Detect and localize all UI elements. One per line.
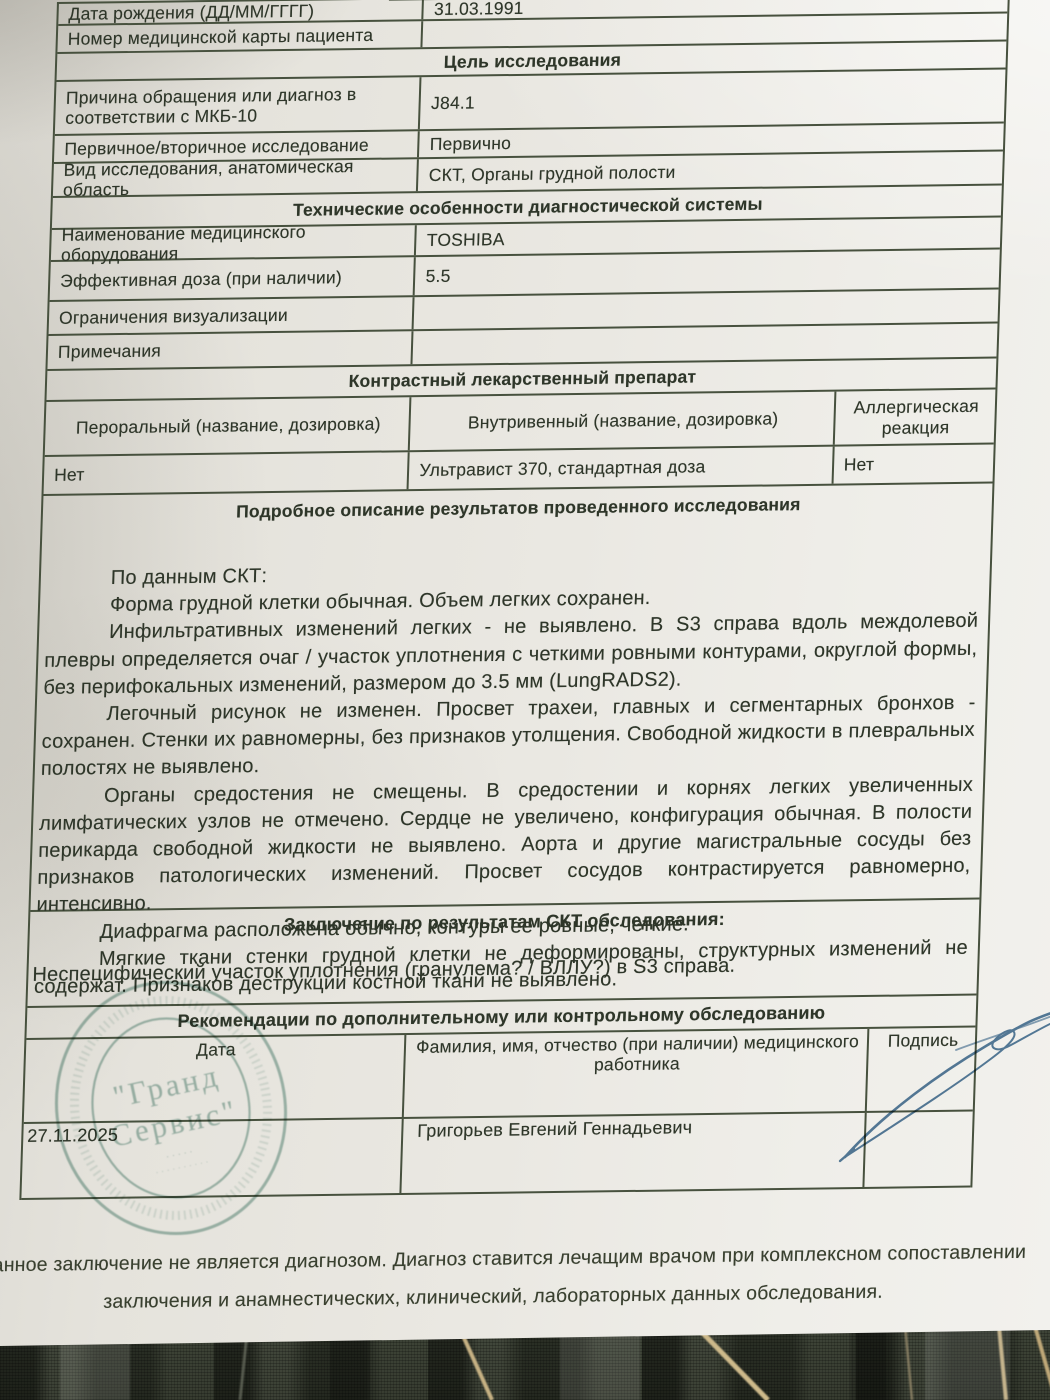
description-paragraph: Органы средостения не смещены. В средост… (36, 771, 973, 919)
main-table: Дата рождения (ДД/ММ/ГГГГ)31.03.1991Номе… (19, 0, 1010, 1200)
printed-content: Дата рождения (ДД/ММ/ГГГГ)31.03.1991Номе… (16, 0, 1010, 1322)
contrast-column-header: Аллергическая реакция (832, 390, 995, 445)
description-paragraph: Легочный рисунок не изменен. Просвет тра… (40, 690, 976, 784)
report-date: 27.11.2025 (23, 1119, 402, 1149)
contrast-column-header: Внутривенный (название, дозировка) (408, 392, 834, 451)
findings-description: По данным СКТ:Форма грудной клетки обычн… (30, 520, 991, 910)
contrast-value: Нет (44, 452, 409, 494)
description-paragraph: Инфильтративных изменений легких - не вы… (43, 608, 979, 702)
field-label: Эффективная доза (при наличии) (50, 257, 415, 300)
field-label: Номер медицинской карты пациента (57, 21, 421, 52)
column-name: Фамилия, имя, отчество (при наличии) мед… (405, 1029, 868, 1079)
column-date: Дата (26, 1035, 405, 1064)
field-value: J84.1 (418, 70, 1005, 130)
field-value: СКТ, Органы грудной полости (416, 152, 1003, 192)
signoff-value-row: 27.11.2025 Григорьев Евгений Геннадьевич (21, 1112, 972, 1200)
field-value (411, 324, 998, 365)
field-label: Примечания (47, 331, 411, 369)
field-label: Ограничения визуализации (49, 297, 413, 334)
signature-cell (867, 1112, 973, 1117)
field-label: Наименование медицинского оборудования (51, 225, 415, 260)
contrast-value: Нет (831, 445, 993, 484)
column-signature: Подпись (869, 1028, 976, 1054)
contrast-column-header: Пероральный (название, дозировка) (45, 397, 410, 455)
photo-of-ct-report: Дата рождения (ДД/ММ/ГГГГ)31.03.1991Номе… (0, 0, 1050, 1400)
signoff-header-row: Дата Фамилия, имя, отчество (при наличии… (24, 1028, 976, 1124)
field-value: 5.5 (413, 250, 1000, 296)
field-value (412, 290, 999, 330)
paper-document: Дата рождения (ДД/ММ/ГГГГ)31.03.1991Номе… (0, 0, 1050, 1352)
disclaimer: Данное заключение не является диагнозом.… (0, 1233, 1010, 1322)
field-label: Причина обращения или диагноз в соответс… (55, 77, 420, 134)
field-label: Дата рождения (ДД/ММ/ГГГГ) (58, 0, 422, 24)
field-label: Вид исследования, анатомическая область (53, 159, 417, 196)
field-value: TOSHIBA (414, 218, 1000, 256)
physician-name: Григорьев Евгений Геннадьевич (403, 1113, 865, 1144)
contrast-value: Ультравист 370, стандартная доза (407, 447, 832, 490)
